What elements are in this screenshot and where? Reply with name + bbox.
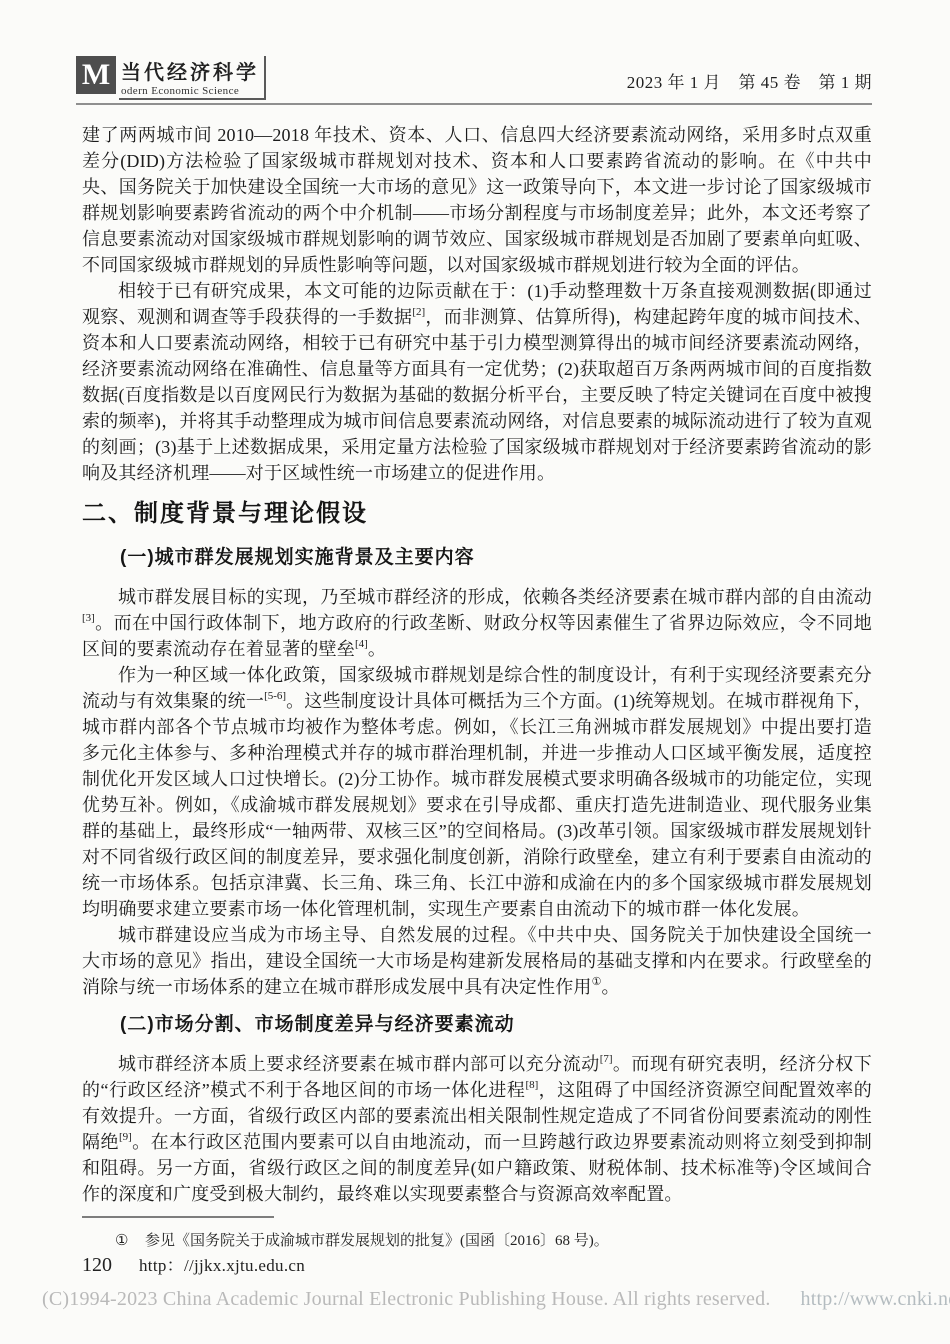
journal-logo-m-icon: M (76, 56, 116, 94)
paragraph: 城市群经济本质上要求经济要素在城市群内部可以充分流动[7]。而现有研究表明，经济… (82, 1051, 872, 1207)
reference-superscript: [9] (119, 1131, 132, 1143)
subsection-heading: (一)城市群发展规划实施背景及主要内容 (82, 545, 872, 571)
copyright-watermark: (C)1994-2023 China Academic Journal Elec… (42, 1288, 922, 1311)
issue-info: 2023 年 1 月 第 45 卷 第 1 期 (627, 68, 872, 100)
page-number: 120 (82, 1254, 112, 1277)
footnote: ①参见《国务院关于成渝城市群发展规划的批复》(国函〔2016〕68 号)。 (82, 1231, 872, 1251)
journal-logo: M 当代经济科学 odern Economic Science (76, 56, 266, 100)
footnote-text: 参见《国务院关于成渝城市群发展规划的批复》(国函〔2016〕68 号)。 (145, 1233, 609, 1249)
article-body: 建了两两城市间 2010—2018 年技术、资本、人口、信息四大经济要素流动网络… (82, 122, 872, 1207)
subsection-heading: (二)市场分割、市场制度差异与经济要素流动 (82, 1012, 872, 1038)
page-footer: 120 http：//jjkx.xjtu.edu.cn (82, 1251, 305, 1277)
paragraph: 建了两两城市间 2010—2018 年技术、资本、人口、信息四大经济要素流动网络… (82, 122, 872, 278)
section-heading: 二、制度背景与理论假设 (82, 501, 872, 527)
copyright-text: (C)1994-2023 China Academic Journal Elec… (42, 1288, 771, 1310)
reference-superscript: [2] (412, 306, 425, 318)
footnote-divider (82, 1216, 274, 1218)
paragraph: 相较于已有研究成果，本文可能的边际贡献在于：(1)手动整理数十万条直接观测数据(… (82, 278, 872, 486)
journal-title-en: odern Economic Science (121, 85, 259, 97)
page-header: M 当代经济科学 odern Economic Science 2023 年 1… (76, 56, 872, 105)
journal-site-url: http：//jjkx.xjtu.edu.cn (139, 1251, 305, 1276)
paragraph: 城市群建设应当成为市场主导、自然发展的过程。《中共中央、国务院关于加快建设全国统… (82, 922, 872, 1000)
reference-superscript: [5-6] (264, 690, 286, 702)
footnote-area: ①参见《国务院关于成渝城市群发展规划的批复》(国函〔2016〕68 号)。 (82, 1216, 872, 1251)
footnote-marker: ① (115, 1233, 128, 1249)
cnki-url: http://www.cnki.net (801, 1288, 950, 1310)
journal-title-cn: 当代经济科学 (121, 56, 259, 85)
reference-superscript: ① (592, 976, 602, 988)
reference-superscript: [3] (82, 612, 95, 624)
journal-logo-text: 当代经济科学 odern Economic Science (119, 56, 266, 100)
reference-superscript: [4] (355, 638, 368, 650)
paragraph: 城市群发展目标的实现，乃至城市群经济的形成，依赖各类经济要素在城市群内部的自由流… (82, 584, 872, 662)
journal-page: M 当代经济科学 odern Economic Science 2023 年 1… (0, 0, 950, 1344)
paragraph: 作为一种区域一体化政策，国家级城市群规划是综合性的制度设计，有利于实现经济要素充… (82, 662, 872, 922)
reference-superscript: [7] (600, 1053, 613, 1065)
reference-superscript: [8] (525, 1079, 538, 1091)
